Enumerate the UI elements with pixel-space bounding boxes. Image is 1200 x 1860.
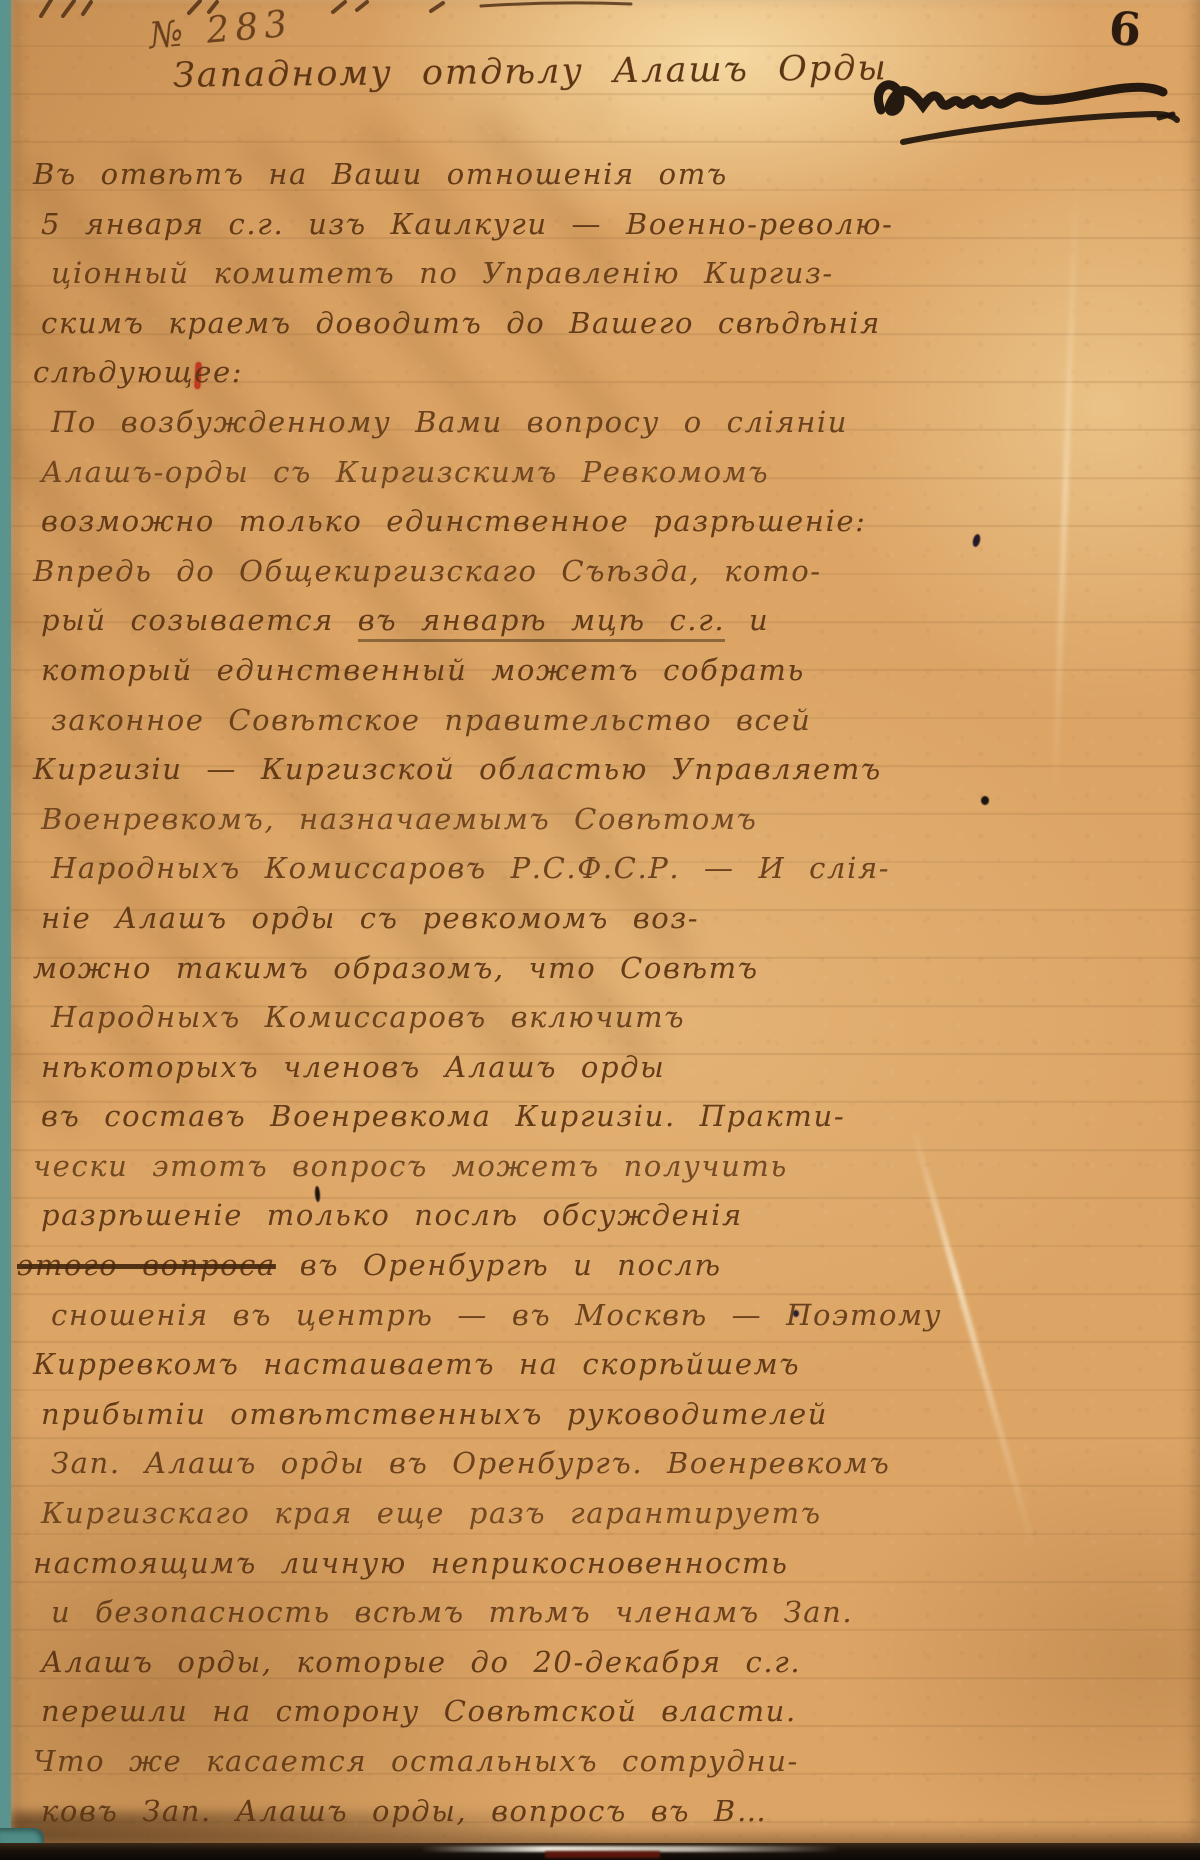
manuscript-line: и безопасность всѣмъ тѣмъ членамъ Зап. bbox=[11, 1588, 1200, 1638]
manuscript-line: Алашъ орды, которые до 20-декабря с.г. bbox=[11, 1638, 1200, 1688]
manuscript-line: прибытіи отвѣтственныхъ руководителей bbox=[11, 1390, 1200, 1440]
manuscript-line: Киргизіи — Киргизской областью Управляет… bbox=[11, 745, 1200, 795]
manuscript-line-struck: этого вопроса въ Оренбургѣ и послѣ bbox=[11, 1241, 1200, 1291]
line-segment: и bbox=[725, 603, 769, 637]
black-ink-scrawl bbox=[863, 58, 1193, 158]
manuscript-body: Въ отвѣтъ на Ваши отношенія отъ 5 января… bbox=[11, 150, 1200, 1836]
manuscript-line: перешли на сторону Совѣтской власти. bbox=[11, 1687, 1200, 1737]
bottom-edge-band bbox=[0, 1843, 1200, 1860]
manuscript-line: ковъ Зап. Алашъ орды, вопросъ въ В… bbox=[11, 1787, 1200, 1837]
manuscript-line: можно такимъ образомъ, что Совѣтъ bbox=[11, 944, 1200, 994]
manuscript-line: въ составъ Военревкома Киргизіи. Практи- bbox=[11, 1092, 1200, 1142]
manuscript-line: Народныхъ Комиссаровъ включитъ bbox=[11, 993, 1200, 1043]
manuscript-line: нѣкоторыхъ членовъ Алашъ орды bbox=[11, 1043, 1200, 1093]
manuscript-line: скимъ краемъ доводитъ до Вашего свѣдѣнія bbox=[11, 299, 1200, 349]
struck-segment: этого вопроса bbox=[17, 1248, 276, 1282]
manuscript-line: ціонный комитетъ по Управленію Киргиз- bbox=[11, 249, 1200, 299]
line-segment: въ Оренбургѣ и послѣ bbox=[276, 1248, 722, 1282]
manuscript-line: ніе Алашъ орды съ ревкомомъ воз- bbox=[11, 894, 1200, 944]
cutoff-strokes-icon bbox=[11, 0, 731, 18]
manuscript-page: № 283 6 Западному отдѣлу Алашъ Орды Въ о… bbox=[11, 0, 1200, 1846]
manuscript-line: Что же касается остальныхъ сотрудни- bbox=[11, 1737, 1200, 1787]
manuscript-line: слѣдующее: bbox=[11, 348, 1200, 398]
line-segment: рый созывается bbox=[41, 603, 358, 637]
manuscript-line: сношенія въ центрѣ — въ Москвѣ — Поэтому bbox=[11, 1291, 1200, 1341]
manuscript-line: По возбужденному Вами вопросу о сліяніи bbox=[11, 398, 1200, 448]
manuscript-line-underlined: рый созывается въ январѣ мцѣ с.г. и bbox=[11, 596, 1200, 646]
manuscript-line: Народныхъ Комиссаровъ Р.С.Ф.С.Р. — И слі… bbox=[11, 844, 1200, 894]
manuscript-line: Алашъ-орды съ Киргизскимъ Ревкомомъ bbox=[11, 448, 1200, 498]
manuscript-line: возможно только единственное разрѣшеніе: bbox=[11, 497, 1200, 547]
manuscript-line: Киргизскаго края еще разъ гарантируетъ bbox=[11, 1489, 1200, 1539]
manuscript-line: настоящимъ личную неприкосновенность bbox=[11, 1539, 1200, 1589]
heading-address-line: Западному отдѣлу Алашъ Орды bbox=[173, 48, 888, 95]
page-number: 6 bbox=[1107, 1, 1143, 57]
manuscript-line: Зап. Алашъ орды въ Оренбургъ. Военревком… bbox=[11, 1439, 1200, 1489]
manuscript-line: который единственный можетъ собрать bbox=[11, 646, 1200, 696]
manuscript-line: разрѣшеніе только послѣ обсужденія bbox=[11, 1191, 1200, 1241]
manuscript-line: законное Совѣтское правительство всей bbox=[11, 696, 1200, 746]
manuscript-line: Впредь до Общекиргизскаго Съѣзда, кото- bbox=[11, 547, 1200, 597]
manuscript-line: 5 января с.г. изъ Каилкуги — Военно-рево… bbox=[11, 200, 1200, 250]
manuscript-line: Военревкомъ, назначаемымъ Совѣтомъ bbox=[11, 795, 1200, 845]
underlined-segment: въ январѣ мцѣ с.г. bbox=[358, 603, 726, 642]
scanned-document: № 283 6 Западному отдѣлу Алашъ Орды Въ о… bbox=[0, 0, 1200, 1860]
dark-red-smudge bbox=[545, 1851, 660, 1858]
manuscript-line: Кирревкомъ настаиваетъ на скорѣйшемъ bbox=[11, 1340, 1200, 1390]
manuscript-line: чески этотъ вопросъ можетъ получить bbox=[11, 1142, 1200, 1192]
manuscript-line: Въ отвѣтъ на Ваши отношенія отъ bbox=[11, 150, 1200, 200]
